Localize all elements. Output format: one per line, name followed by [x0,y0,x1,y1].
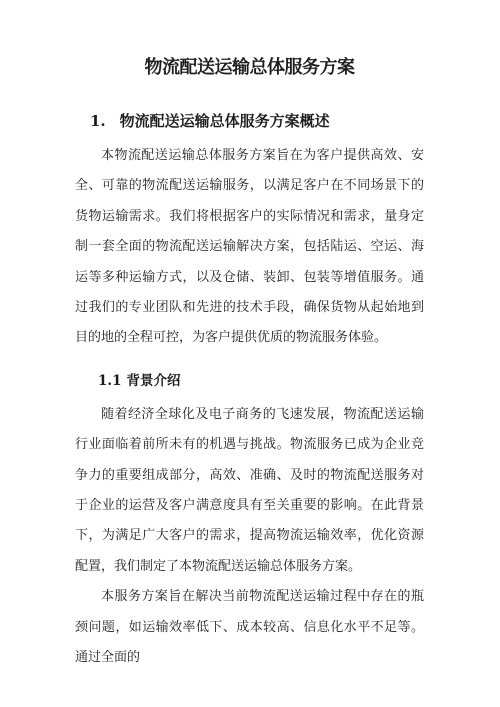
section-1-1-paragraph-2: 本服务方案旨在解决当前物流配送运输过程中存在的瓶颈问题，如运输效率低下、成本较高… [75,582,424,673]
section-1-1-heading-text: 背景介绍 [127,373,181,389]
section-1-1-heading: 1.1背景介绍 [98,371,424,391]
section-1-1-heading-number: 1.1 [98,373,122,389]
section-1-heading-number: 1. [90,112,106,130]
section-1-heading-text: 物流配送运输总体服务方案概述 [120,112,330,130]
section-1-heading: 1.物流配送运输总体服务方案概述 [90,110,424,132]
document-title: 物流配送运输总体服务方案 [75,55,424,81]
document-page: 物流配送运输总体服务方案 1.物流配送运输总体服务方案概述 本物流配送运输总体服… [0,0,500,707]
section-1-paragraph-1: 本物流配送运输总体服务方案旨在为客户提供高效、安全、可靠的物流配送运输服务，以满… [75,141,424,354]
section-1-1-paragraph-1: 随着经济全球化及电子商务的飞速发展，物流配送运输行业面临着前所未有的机遇与挑战。… [75,400,424,582]
